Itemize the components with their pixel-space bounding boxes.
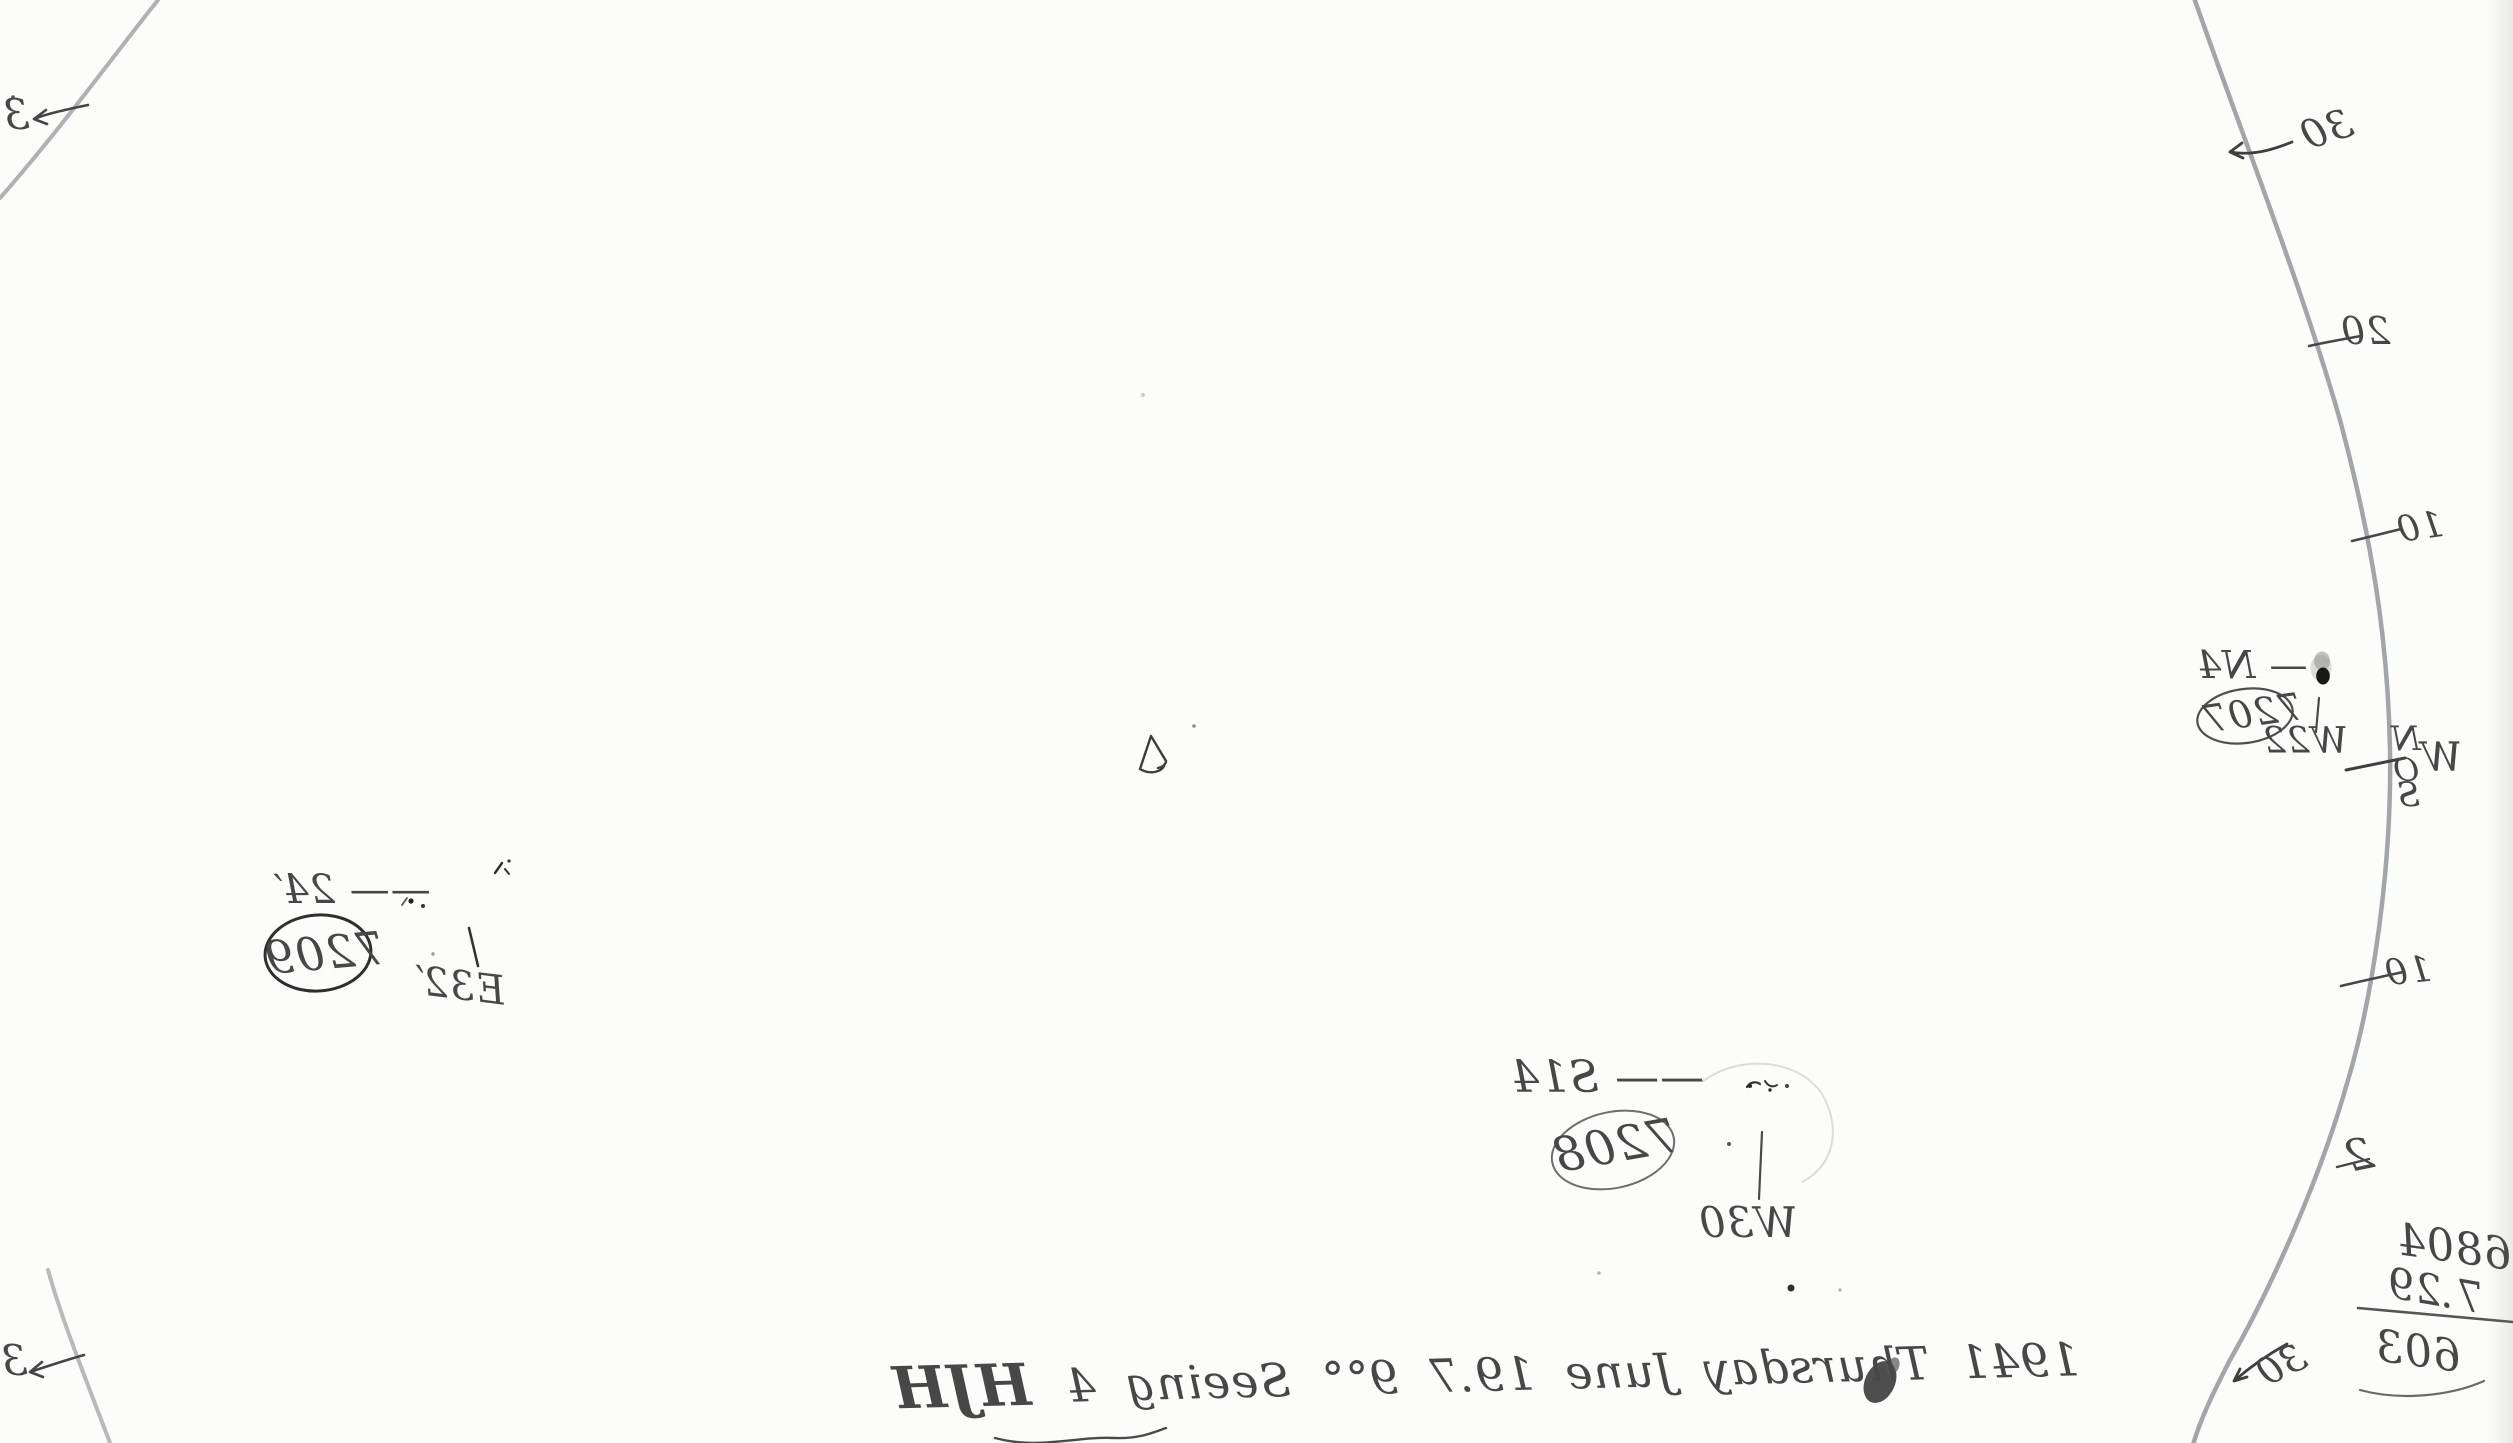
- tick-label-bottom-left: 3: [0, 1340, 28, 1382]
- signature: HJH: [890, 1356, 1032, 1418]
- tick-label-right-10-upper: 10: [2394, 507, 2446, 549]
- sunspot-7209-b: [505, 869, 509, 874]
- scanned-solar-drawing-sheet: 3 3 30 20 10 10 2 30 N O S W — N4 7207 W…: [0, 0, 2513, 1443]
- center-area-dot: [1192, 724, 1196, 728]
- tick-stroke-top-right-30: [2230, 142, 2292, 158]
- tick-stroke-top-left: [34, 105, 88, 124]
- stray-faint-dot-b: [1597, 1271, 1601, 1275]
- compass-w-label: W: [2420, 738, 2462, 778]
- stray-faint-dot-a: [1838, 1288, 1841, 1291]
- group-7209-latitude-label: —— 24′: [272, 870, 431, 910]
- sunspot-7208-a-dot: [1748, 1084, 1752, 1088]
- sunspot-7207-core: [2316, 668, 2330, 685]
- stray-dot-7208-left: [1727, 1142, 1731, 1146]
- tick-label-right-20-upper: 20: [2340, 312, 2390, 350]
- paper-speck: [1141, 393, 1145, 397]
- pointer-line-7209: [469, 928, 478, 966]
- group-7207-longitude-label: W22: [2262, 724, 2348, 760]
- calculation-underline: [2360, 1381, 2484, 1396]
- open-triangle-mark: [1140, 736, 1166, 772]
- group-7208-longitude-label: W30: [1698, 1202, 1798, 1244]
- tick-label-top-left: 3: [2, 94, 30, 136]
- scan-edge-shadow: [2485, 0, 2513, 1443]
- sunspot-7209-a: [495, 863, 502, 873]
- signature-flourish: [995, 1428, 1166, 1443]
- sunspot-7209-b-dot: [507, 859, 510, 862]
- tick-label-right-10-lower: 10: [2382, 952, 2433, 993]
- group-7209-number: 7209: [262, 925, 387, 981]
- tick-stroke-bottom-left: [30, 1355, 84, 1377]
- sunspot-7208-b: [1765, 1081, 1777, 1086]
- sunspot-7208-c-dot: [1785, 1084, 1789, 1088]
- compass-s-label: S: [2396, 778, 2420, 812]
- sunspot-7208-b-dot: [1768, 1088, 1771, 1091]
- tick-stroke-right-10-upper: [2352, 529, 2401, 541]
- solar-disk-drawing: [0, 0, 2513, 1443]
- group-7209-longitude-label: E32′: [410, 960, 507, 1011]
- faint-sketch-circle-7208: [1702, 1064, 1833, 1182]
- sunspot-7209-faint-dot: [431, 952, 434, 955]
- pointer-line-7208: [1759, 1132, 1762, 1199]
- group-7207-latitude-label: — N4: [2196, 646, 2308, 684]
- stray-dark-dot: [1788, 1285, 1795, 1292]
- group-7208-latitude-label: —— S14: [1510, 1056, 1704, 1100]
- calculation-line3: 603: [2371, 1324, 2463, 1380]
